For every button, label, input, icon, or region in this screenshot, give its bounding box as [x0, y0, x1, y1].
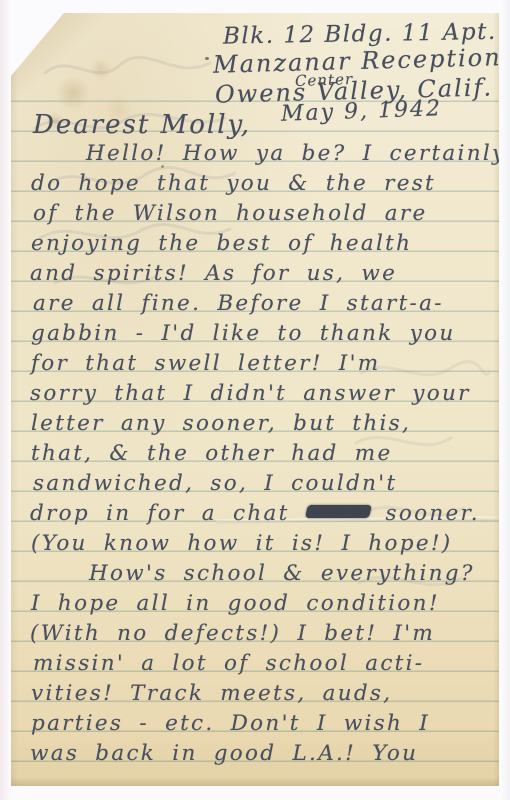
- letter-line: (With no defects!) I bet! I'm: [30, 619, 492, 649]
- letter-line: missin' a lot of school acti-: [33, 649, 495, 679]
- letter-line: How's school & everything?: [33, 559, 495, 589]
- letter-line: Hello! How ya be? I certainly: [30, 139, 492, 169]
- salutation: Dearest Molly,: [33, 110, 251, 140]
- letter-line: sandwiched, so, I couldn't: [33, 469, 495, 499]
- letter-line: for that swell letter! I'm: [31, 349, 493, 379]
- letter-line-with-scribble: drop in for a chat █████ sooner.: [30, 499, 492, 529]
- letter-line: of the Wilson household are: [33, 199, 495, 229]
- ink-speck: [205, 57, 209, 60]
- letter-line: that, & the other had me: [31, 439, 493, 469]
- letter-line: was back in good L.A.! You: [30, 739, 492, 769]
- line-text-after-scribble: sooner.: [386, 501, 480, 526]
- letter-paper: Blk. 12 Bldg. 11 Apt. 4 Manzanar Recepti…: [11, 13, 499, 786]
- date-line: May 9, 1942: [281, 96, 443, 127]
- letter-line: gabbin - I'd like to thank you: [31, 319, 493, 349]
- scribbled-out-word: █████: [305, 505, 371, 518]
- letter-line: I hope all in good condition!: [31, 589, 493, 619]
- letter-line: vities! Track meets, auds,: [31, 679, 493, 709]
- letter-line: enjoying the best of health: [31, 229, 493, 259]
- letter-line: do hope that you & the rest: [31, 169, 493, 199]
- letter-line: and spirits! As for us, we: [30, 259, 492, 289]
- letter-line: sorry that I didn't answer your: [30, 379, 492, 409]
- line-text-before-scribble: drop in for a chat: [30, 501, 290, 526]
- letter-line: letter any sooner, but this,: [31, 409, 493, 439]
- letter-body: Hello! How ya be? I certainly do hope th…: [31, 139, 493, 769]
- letter-line: parties - etc. Don't I wish I: [31, 709, 493, 739]
- letter-line: (You know how it is! I hope!): [31, 529, 493, 559]
- letter-line: are all fine. Before I start-a-: [33, 289, 495, 319]
